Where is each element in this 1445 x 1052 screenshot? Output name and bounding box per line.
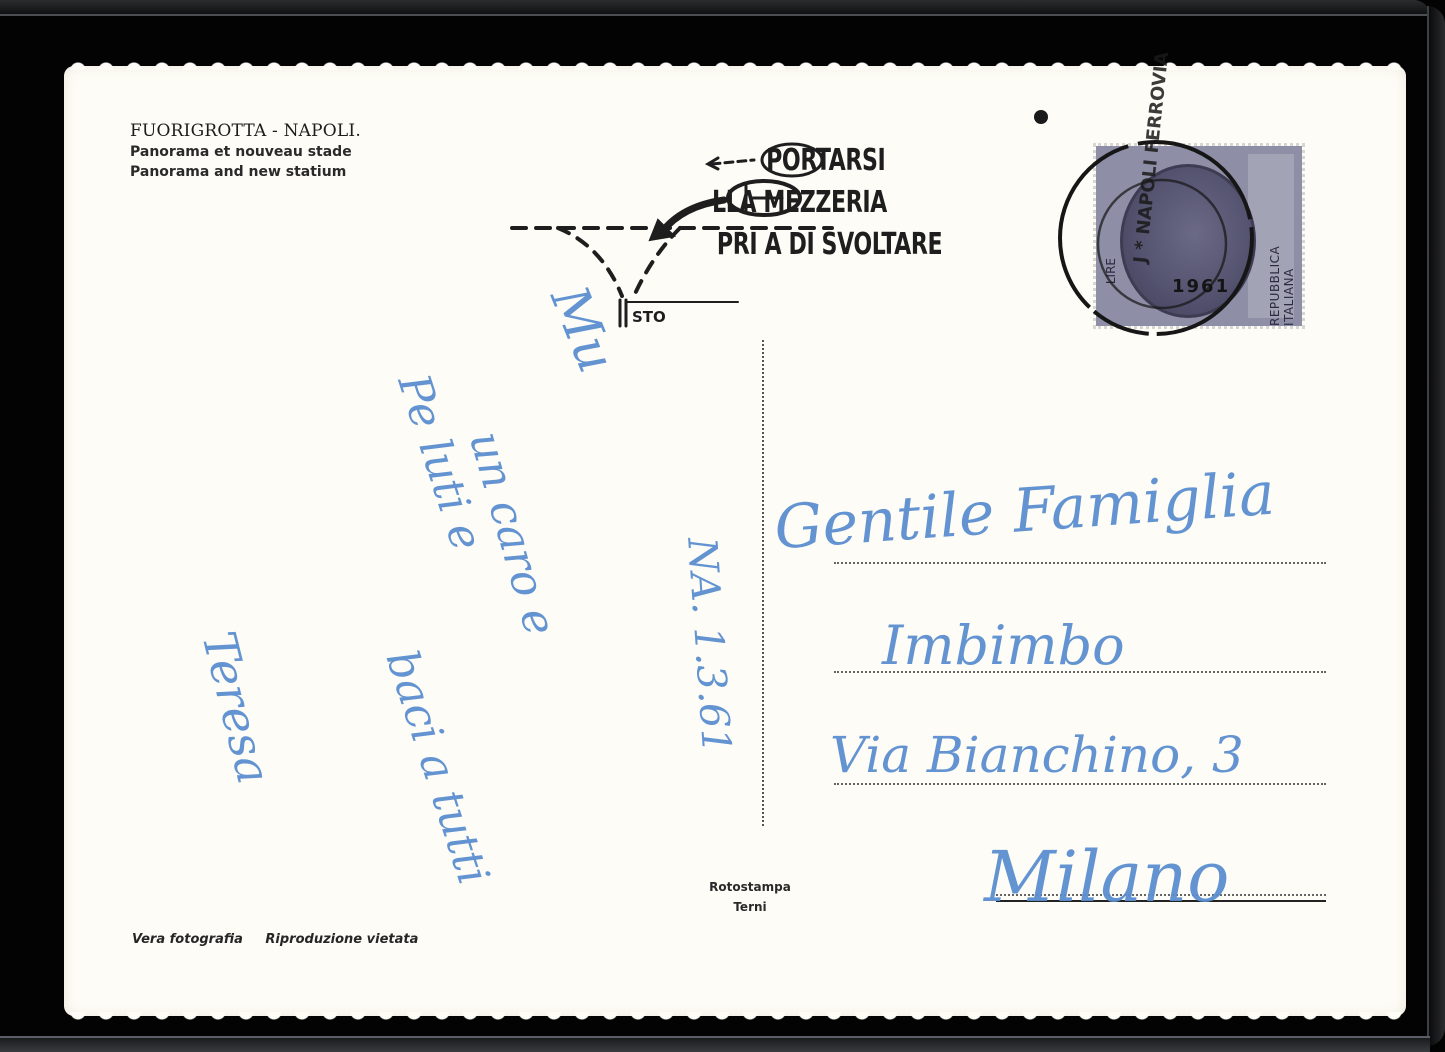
sleeve-edge-right (1427, 6, 1445, 1046)
signature: Teresa (192, 626, 282, 789)
stamp-country: REPUBBLICA ITALIANA (1268, 202, 1296, 326)
printer-city: Terni (700, 897, 800, 917)
handwritten-date: NA. 1.3.61 (678, 536, 739, 755)
slogan-postmark: PORTARSI LLA MEZZERIA PRI A DI SVOLTARE (712, 140, 942, 266)
printer-name: Rotostampa (700, 877, 800, 897)
printer-credit: Rotostampa Terni (700, 877, 800, 917)
sleeve-edge-bottom (0, 1036, 1430, 1052)
dotted-divider (762, 340, 764, 826)
footer-real-photo: Vera fotografia (132, 932, 243, 947)
footer-reproduction: Riproduzione vietata (265, 932, 418, 947)
cancellation-year: 1961 (1172, 276, 1230, 297)
address-handwriting-3: Via Bianchino, 3 (830, 726, 1244, 784)
slogan-line-3: PRI A DI SVOLTARE (712, 224, 942, 266)
stop-sign-label: STO (632, 308, 666, 326)
address-line-1 (834, 562, 1326, 564)
ink-spot (1034, 110, 1048, 124)
address-handwriting-4: Milano (984, 836, 1229, 918)
message-line-4: baci a tutti (375, 644, 499, 891)
caption-english: Panorama and new statium (130, 162, 361, 182)
address-handwriting-1: Gentile Famiglia (772, 459, 1277, 564)
sleeve-edge-top (0, 0, 1430, 16)
postcard: FUORIGROTTA - NAPOLI. Panorama et nouvea… (64, 66, 1406, 1016)
caption-title: FUORIGROTTA - NAPOLI. (130, 120, 361, 142)
caption: FUORIGROTTA - NAPOLI. Panorama et nouvea… (130, 120, 361, 182)
footer-left: Vera fotografia Riproduzione vietata (132, 932, 418, 947)
address-handwriting-2: Imbimbo (882, 614, 1125, 677)
slogan-line-1: PORTARSI (712, 140, 942, 182)
slogan-line-2: LLA MEZZERIA (712, 182, 942, 224)
caption-french: Panorama et nouveau stade (130, 142, 361, 162)
